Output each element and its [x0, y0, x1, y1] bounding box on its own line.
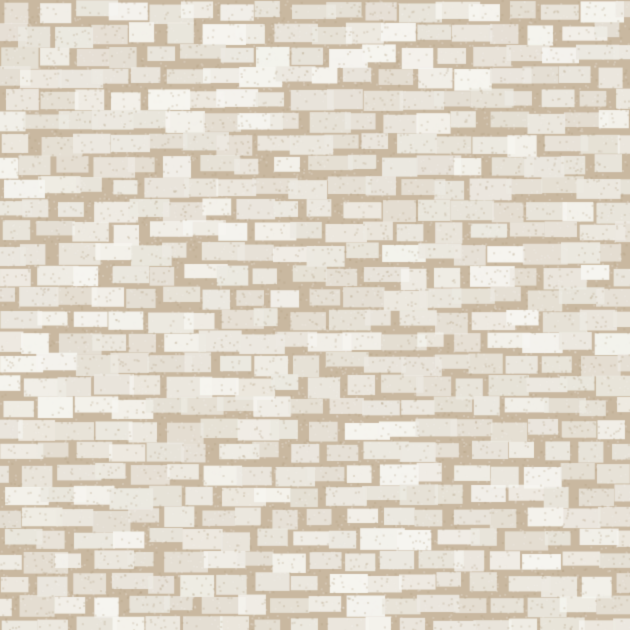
fabric-texture	[0, 0, 630, 630]
